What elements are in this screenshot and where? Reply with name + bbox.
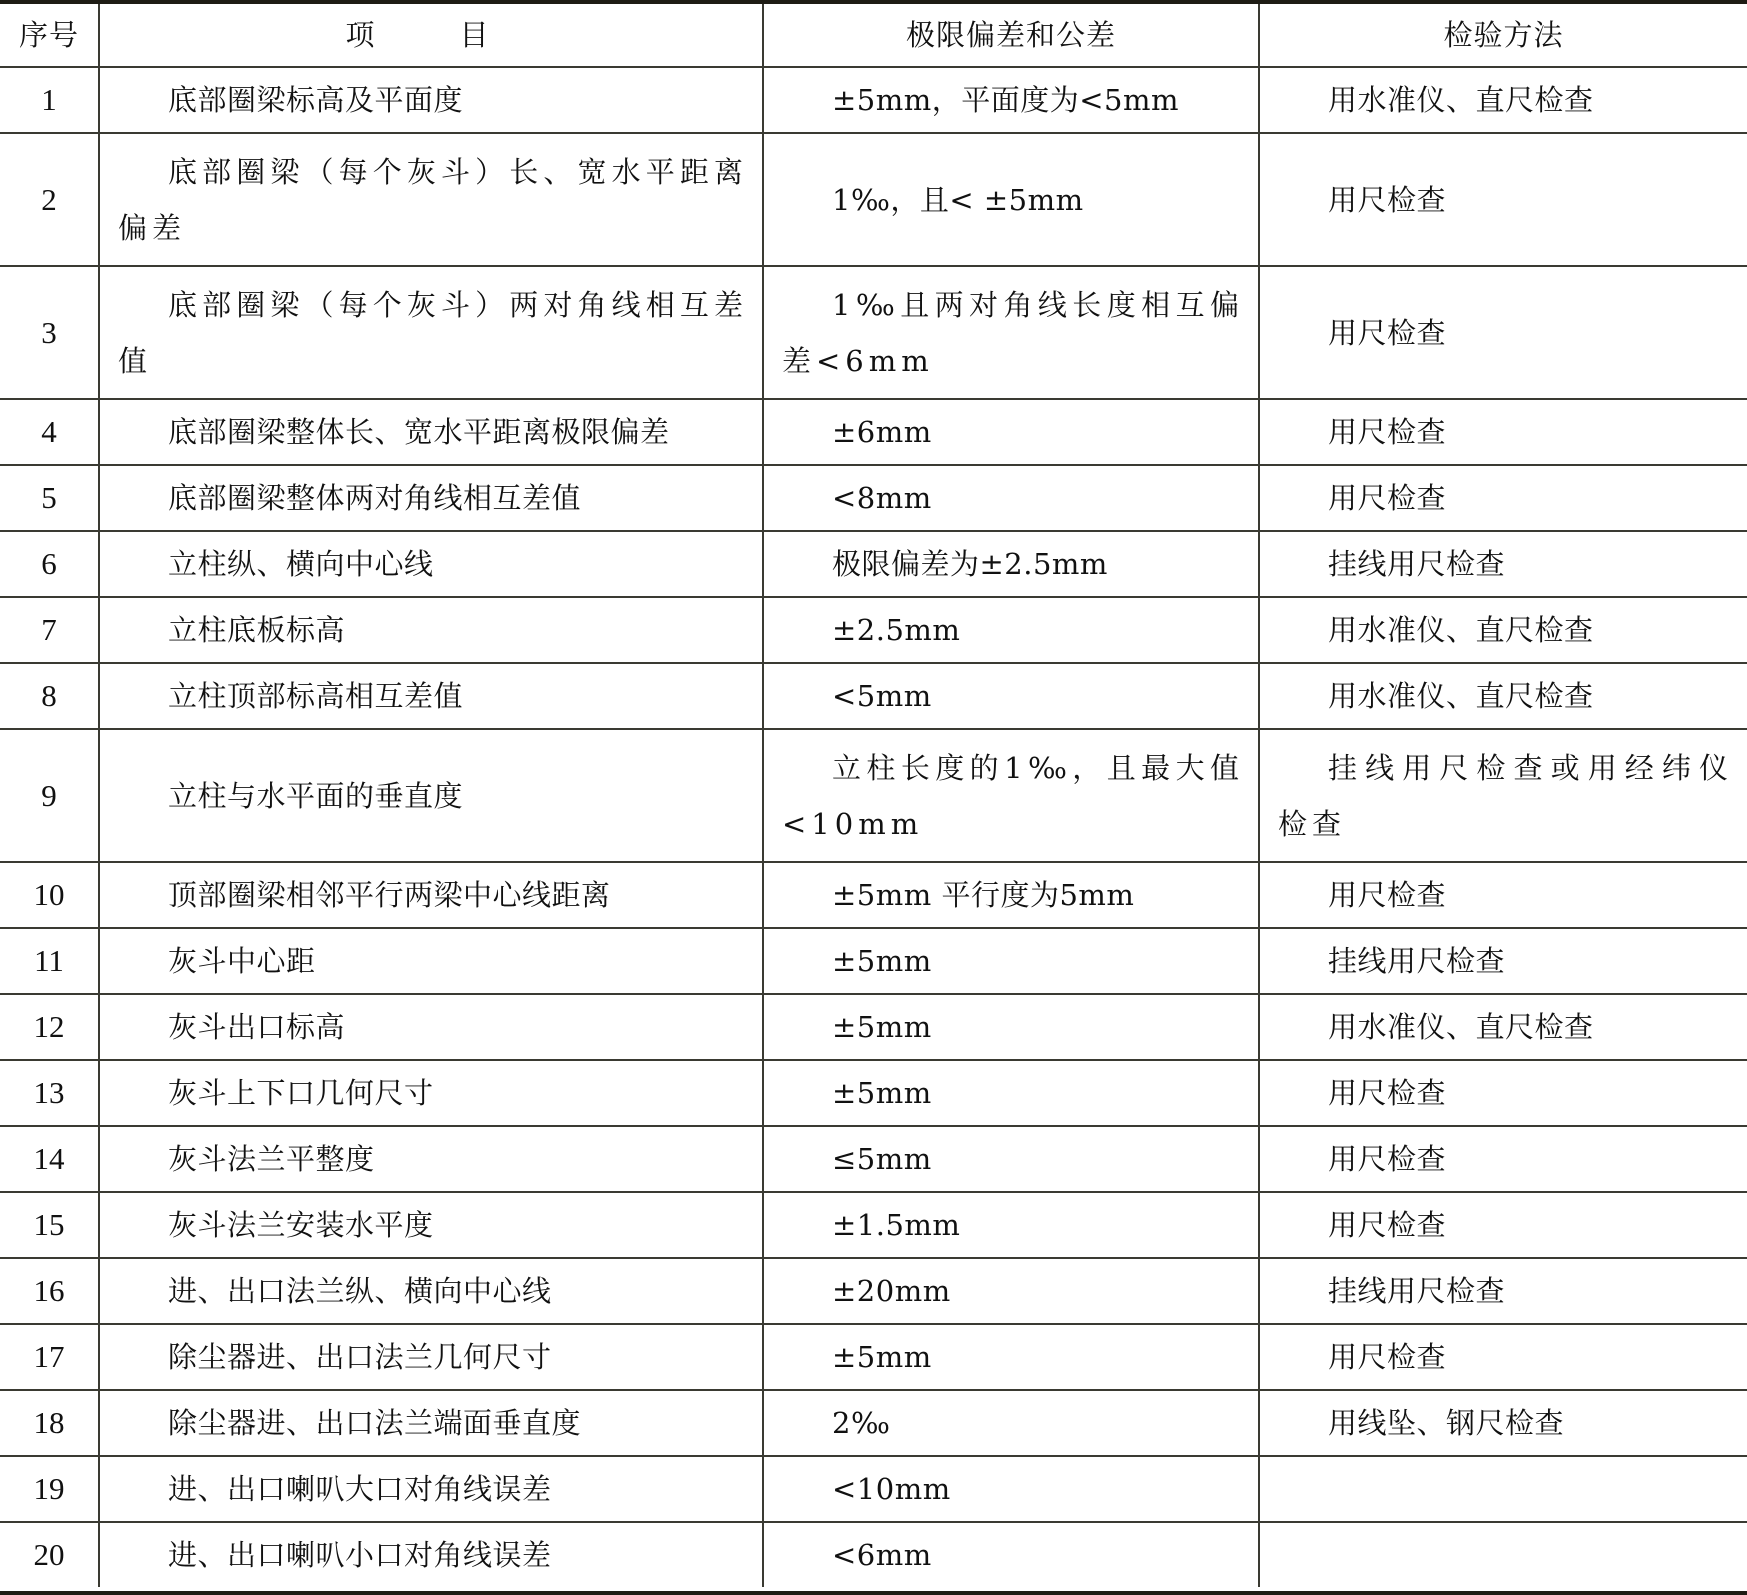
cell-item: 进、出口喇叭小口对角线误差 <box>99 1522 763 1587</box>
cell-method: 用尺检查 <box>1259 266 1747 399</box>
table-row: 3 底部圈梁（每个灰斗）两对角线相互差值 1‰且两对角线长度相互偏差<6mm 用… <box>0 266 1747 399</box>
cell-no: 3 <box>0 266 99 399</box>
cell-no: 14 <box>0 1126 99 1192</box>
table-row: 4 底部圈梁整体长、宽水平距离极限偏差 ±6mm 用尺检查 <box>0 399 1747 465</box>
cell-tolerance: <5mm <box>763 663 1259 729</box>
cell-no: 18 <box>0 1390 99 1456</box>
cell-item: 立柱纵、横向中心线 <box>99 531 763 597</box>
cell-item: 灰斗法兰安装水平度 <box>99 1192 763 1258</box>
cell-tolerance: ±5mm，平面度为<5mm <box>763 67 1259 133</box>
cell-method: 挂线用尺检查 <box>1259 531 1747 597</box>
cell-no: 15 <box>0 1192 99 1258</box>
table-row: 15 灰斗法兰安装水平度 ±1.5mm 用尺检查 <box>0 1192 1747 1258</box>
cell-no: 2 <box>0 133 99 266</box>
cell-no: 7 <box>0 597 99 663</box>
cell-item: 底部圈梁整体两对角线相互差值 <box>99 465 763 531</box>
cell-method: 用水准仪、直尺检查 <box>1259 597 1747 663</box>
cell-method: 用尺检查 <box>1259 862 1747 928</box>
cell-method <box>1259 1522 1747 1587</box>
cell-no: 11 <box>0 928 99 994</box>
table-row: 13 灰斗上下口几何尺寸 ±5mm 用尺检查 <box>0 1060 1747 1126</box>
cell-method: 用尺检查 <box>1259 133 1747 266</box>
tolerance-table: 序号 项 目 极限偏差和公差 检验方法 1 底部圈梁标高及平面度 ±5mm，平面… <box>0 4 1747 1587</box>
cell-no: 1 <box>0 67 99 133</box>
cell-method: 挂线用尺检查 <box>1259 1258 1747 1324</box>
header-method: 检验方法 <box>1259 4 1747 67</box>
cell-item: 底部圈梁标高及平面度 <box>99 67 763 133</box>
cell-method: 用尺检查 <box>1259 1192 1747 1258</box>
cell-no: 5 <box>0 465 99 531</box>
cell-item: 顶部圈梁相邻平行两梁中心线距离 <box>99 862 763 928</box>
cell-no: 13 <box>0 1060 99 1126</box>
table-row: 14 灰斗法兰平整度 ≤5mm 用尺检查 <box>0 1126 1747 1192</box>
cell-no: 12 <box>0 994 99 1060</box>
cell-tolerance: ±5mm <box>763 928 1259 994</box>
cell-method <box>1259 1456 1747 1522</box>
cell-tolerance: 1‰，且< ±5mm <box>763 133 1259 266</box>
cell-tolerance: ±5mm <box>763 1324 1259 1390</box>
table-row: 9 立柱与水平面的垂直度 立柱长度的1‰，且最大值<10mm 挂线用尺检查或用经… <box>0 729 1747 862</box>
cell-no: 9 <box>0 729 99 862</box>
cell-method: 用尺检查 <box>1259 1126 1747 1192</box>
cell-item: 立柱底板标高 <box>99 597 763 663</box>
table-row: 6 立柱纵、横向中心线 极限偏差为±2.5mm 挂线用尺检查 <box>0 531 1747 597</box>
cell-tolerance: <10mm <box>763 1456 1259 1522</box>
cell-method: 用尺检查 <box>1259 399 1747 465</box>
cell-method: 用水准仪、直尺检查 <box>1259 67 1747 133</box>
table-header-row: 序号 项 目 极限偏差和公差 检验方法 <box>0 4 1747 67</box>
cell-no: 8 <box>0 663 99 729</box>
table-row: 10 顶部圈梁相邻平行两梁中心线距离 ±5mm 平行度为5mm 用尺检查 <box>0 862 1747 928</box>
table-row: 11 灰斗中心距 ±5mm 挂线用尺检查 <box>0 928 1747 994</box>
cell-tolerance: ±20mm <box>763 1258 1259 1324</box>
cell-tolerance: ±5mm 平行度为5mm <box>763 862 1259 928</box>
cell-item: 进、出口法兰纵、横向中心线 <box>99 1258 763 1324</box>
cell-method: 用尺检查 <box>1259 1324 1747 1390</box>
cell-tolerance: ±2.5mm <box>763 597 1259 663</box>
cell-tolerance: ±5mm <box>763 994 1259 1060</box>
cell-item: 灰斗中心距 <box>99 928 763 994</box>
cell-no: 10 <box>0 862 99 928</box>
table-row: 17 除尘器进、出口法兰几何尺寸 ±5mm 用尺检查 <box>0 1324 1747 1390</box>
table-row: 18 除尘器进、出口法兰端面垂直度 2‰ 用线坠、钢尺检查 <box>0 1390 1747 1456</box>
cell-item: 底部圈梁（每个灰斗）两对角线相互差值 <box>99 266 763 399</box>
cell-tolerance: 2‰ <box>763 1390 1259 1456</box>
cell-tolerance: ≤5mm <box>763 1126 1259 1192</box>
cell-method: 用水准仪、直尺检查 <box>1259 994 1747 1060</box>
cell-item: 除尘器进、出口法兰端面垂直度 <box>99 1390 763 1456</box>
cell-method: 挂线用尺检查 <box>1259 928 1747 994</box>
cell-tolerance: <6mm <box>763 1522 1259 1587</box>
table-row: 12 灰斗出口标高 ±5mm 用水准仪、直尺检查 <box>0 994 1747 1060</box>
cell-tolerance: ±1.5mm <box>763 1192 1259 1258</box>
cell-no: 6 <box>0 531 99 597</box>
tolerance-table-container: 序号 项 目 极限偏差和公差 检验方法 1 底部圈梁标高及平面度 ±5mm，平面… <box>0 0 1747 1595</box>
cell-tolerance: <8mm <box>763 465 1259 531</box>
cell-tolerance: 极限偏差为±2.5mm <box>763 531 1259 597</box>
cell-no: 16 <box>0 1258 99 1324</box>
table-row: 7 立柱底板标高 ±2.5mm 用水准仪、直尺检查 <box>0 597 1747 663</box>
table-row: 16 进、出口法兰纵、横向中心线 ±20mm 挂线用尺检查 <box>0 1258 1747 1324</box>
cell-item: 灰斗上下口几何尺寸 <box>99 1060 763 1126</box>
cell-item: 底部圈梁（每个灰斗）长、宽水平距离偏差 <box>99 133 763 266</box>
table-row: 19 进、出口喇叭大口对角线误差 <10mm <box>0 1456 1747 1522</box>
cell-no: 20 <box>0 1522 99 1587</box>
cell-method: 用水准仪、直尺检查 <box>1259 663 1747 729</box>
cell-item: 灰斗法兰平整度 <box>99 1126 763 1192</box>
table-row: 5 底部圈梁整体两对角线相互差值 <8mm 用尺检查 <box>0 465 1747 531</box>
header-tolerance: 极限偏差和公差 <box>763 4 1259 67</box>
table-row: 20 进、出口喇叭小口对角线误差 <6mm <box>0 1522 1747 1587</box>
cell-method: 用尺检查 <box>1259 1060 1747 1126</box>
table-row: 8 立柱顶部标高相互差值 <5mm 用水准仪、直尺检查 <box>0 663 1747 729</box>
table-row: 2 底部圈梁（每个灰斗）长、宽水平距离偏差 1‰，且< ±5mm 用尺检查 <box>0 133 1747 266</box>
header-no: 序号 <box>0 4 99 67</box>
cell-item: 底部圈梁整体长、宽水平距离极限偏差 <box>99 399 763 465</box>
cell-method: 挂线用尺检查或用经纬仪检查 <box>1259 729 1747 862</box>
cell-item: 立柱与水平面的垂直度 <box>99 729 763 862</box>
cell-tolerance: 立柱长度的1‰，且最大值<10mm <box>763 729 1259 862</box>
cell-tolerance: 1‰且两对角线长度相互偏差<6mm <box>763 266 1259 399</box>
cell-method: 用线坠、钢尺检查 <box>1259 1390 1747 1456</box>
cell-no: 4 <box>0 399 99 465</box>
cell-item: 立柱顶部标高相互差值 <box>99 663 763 729</box>
cell-item: 进、出口喇叭大口对角线误差 <box>99 1456 763 1522</box>
cell-method: 用尺检查 <box>1259 465 1747 531</box>
cell-no: 19 <box>0 1456 99 1522</box>
cell-tolerance: ±6mm <box>763 399 1259 465</box>
cell-no: 17 <box>0 1324 99 1390</box>
cell-item: 除尘器进、出口法兰几何尺寸 <box>99 1324 763 1390</box>
header-item: 项 目 <box>99 4 763 67</box>
cell-item: 灰斗出口标高 <box>99 994 763 1060</box>
cell-tolerance: ±5mm <box>763 1060 1259 1126</box>
table-row: 1 底部圈梁标高及平面度 ±5mm，平面度为<5mm 用水准仪、直尺检查 <box>0 67 1747 133</box>
